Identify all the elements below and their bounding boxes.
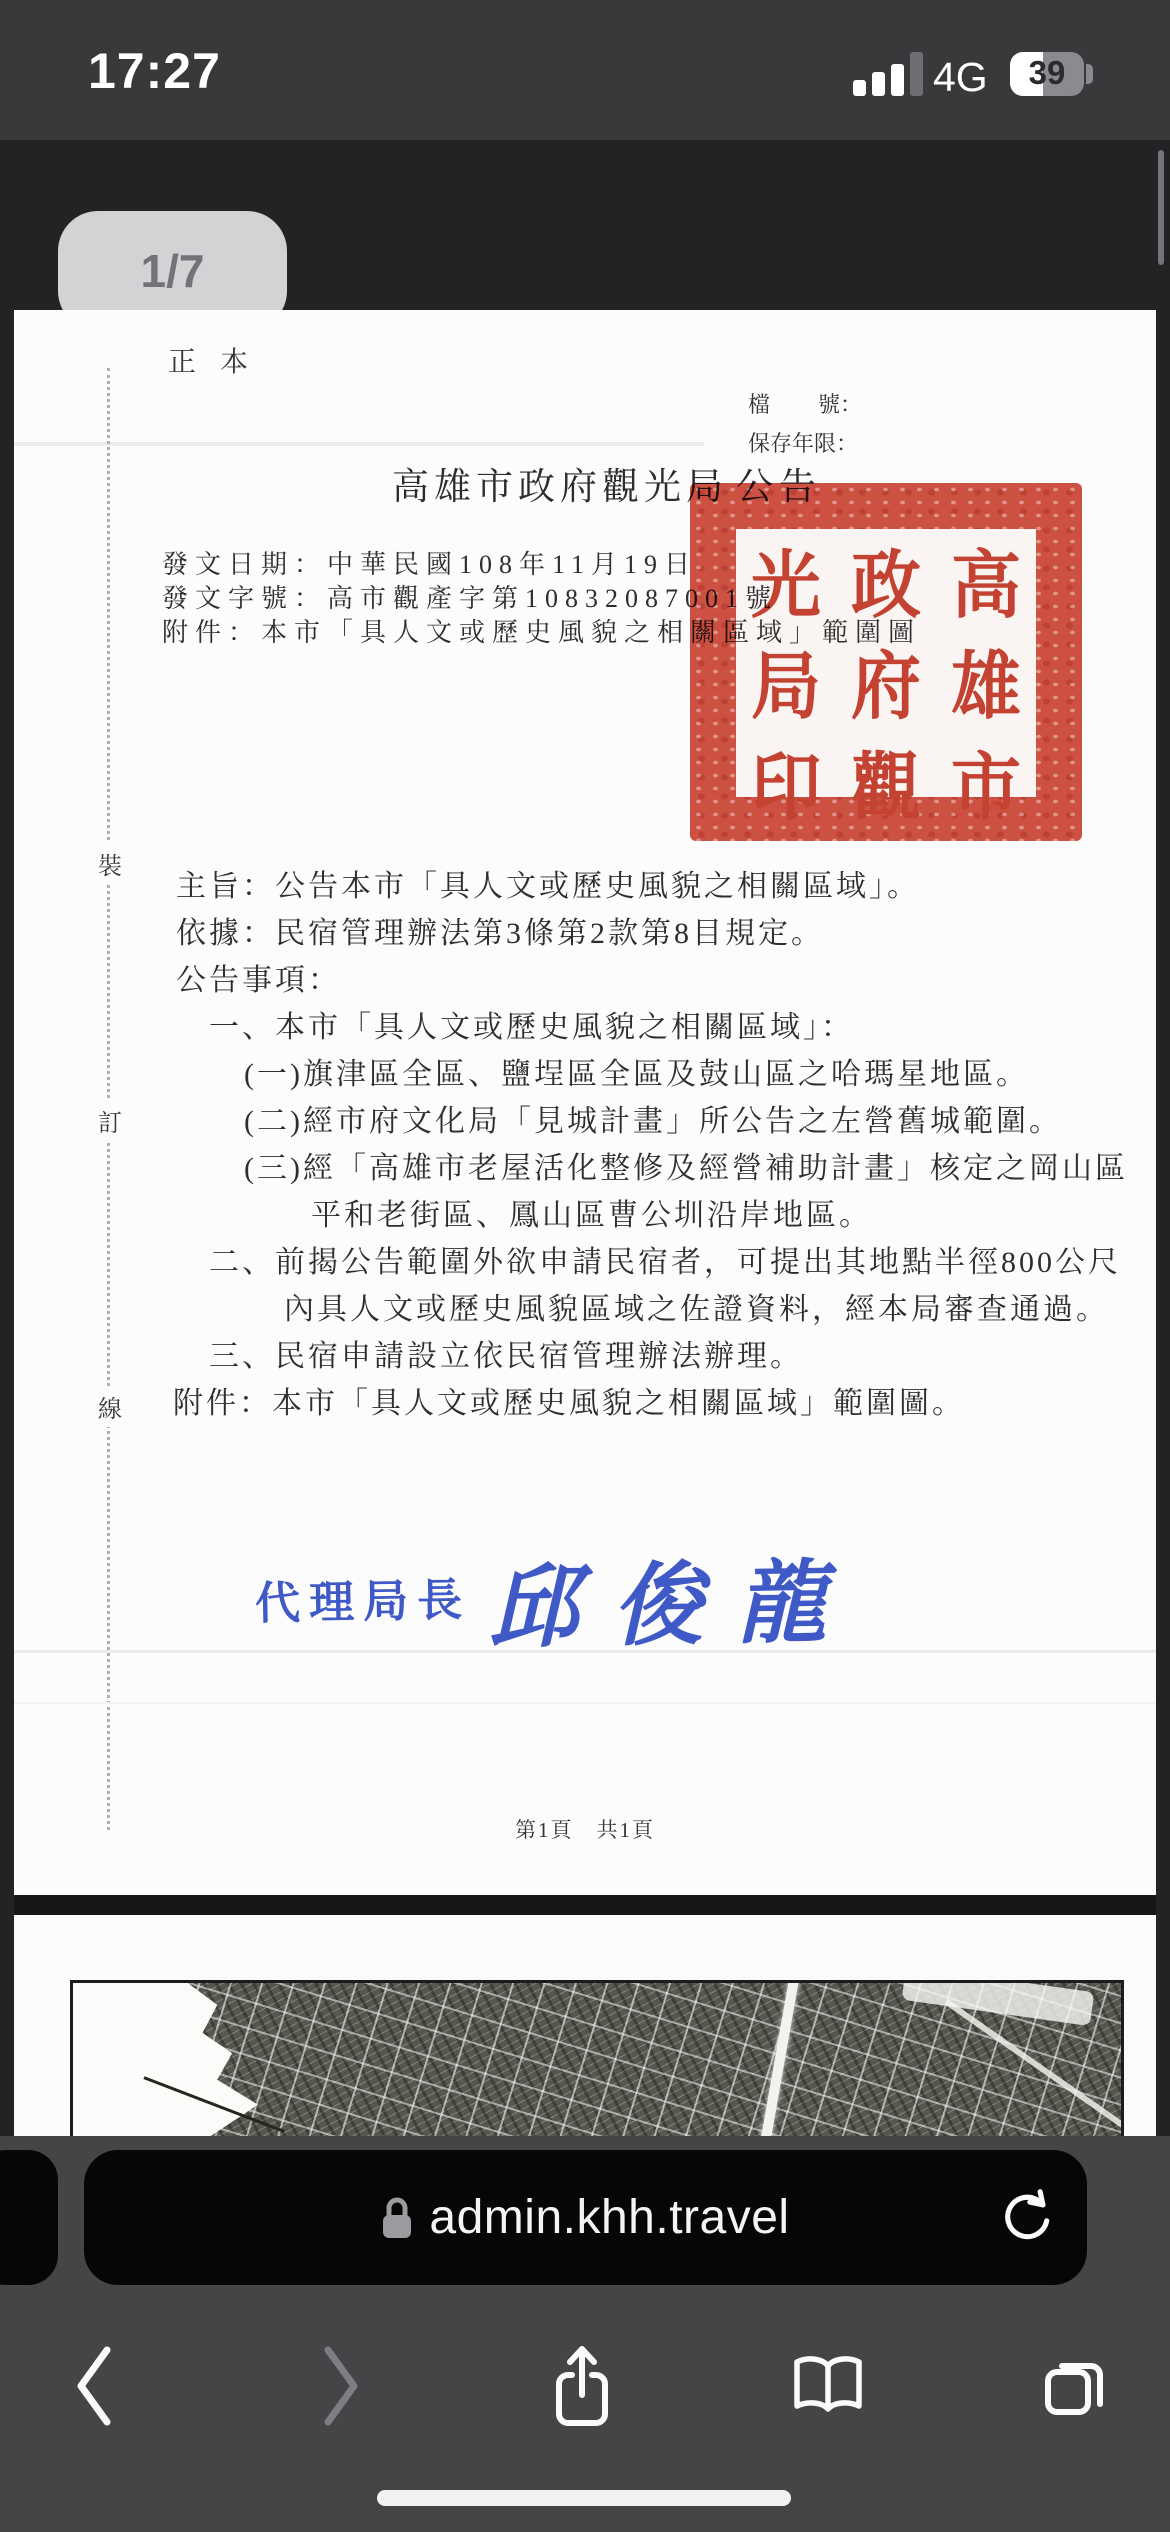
pdf-page-2 (14, 1915, 1156, 2136)
document-line: (一)旗津區全區、鹽埕區全區及鼓山區之哈瑪星地區。 (244, 1049, 1029, 1093)
share-button[interactable] (522, 2328, 642, 2448)
seal-char: 市 (936, 728, 1036, 834)
battery-percent: 39 (1010, 54, 1084, 92)
battery-body: 39 (1010, 52, 1084, 96)
seal-char: 局 (736, 627, 836, 733)
page-number-footer: 第1頁 共1頁 (14, 1814, 1156, 1844)
document-line: (二)經市府文化局「見城計畫」所公告之左營舊城範圍。 (244, 1096, 1062, 1140)
network-type-label: 4G (933, 54, 988, 101)
map-road (755, 1980, 801, 2136)
seal-char: 府 (836, 627, 936, 733)
official-seal: 光 政 高 局 府 雄 印 觀 市 (690, 483, 1082, 841)
battery-icon: 39 (1010, 52, 1096, 96)
attachment-map-image (70, 1980, 1124, 2136)
retention-label: 保存年限： (748, 427, 858, 458)
battery-nub (1086, 64, 1093, 84)
signer-title: 代理局長 (254, 1563, 471, 1632)
lock-icon (381, 2196, 413, 2240)
chevron-left-icon (73, 2344, 117, 2433)
binding-mark: 裝 (98, 843, 122, 884)
safari-toolbar: admin.khh.travel (0, 2136, 1170, 2532)
open-book-icon (789, 2353, 867, 2424)
file-number-char: 檔 (748, 388, 770, 419)
document-line: 一、本市「具人文或歷史風貌之相關區域」： (209, 1002, 854, 1046)
forward-button[interactable] (280, 2328, 400, 2448)
binding-mark: 訂 (98, 1100, 122, 1141)
scan-artifact-line (14, 1702, 1156, 1704)
document-line: 二、前揭公告範圍外欲申請民宿者，可提出其地點半徑800公尺 (209, 1237, 1121, 1281)
seal-char: 光 (736, 526, 836, 632)
seal-char: 觀 (836, 728, 936, 834)
tabs-button[interactable] (1014, 2328, 1134, 2448)
adjacent-tab-pill[interactable] (0, 2150, 58, 2285)
document-line: 主旨：公告本市「具人文或歷史風貌之相關區域」。 (176, 861, 920, 905)
status-time: 17:27 (88, 42, 221, 100)
back-button[interactable] (35, 2328, 155, 2448)
ref-number-line: 發文字號：高市觀產字第10832087001號 (162, 578, 778, 615)
seal-char: 政 (836, 526, 936, 632)
document-line: 依據：民宿管理辦法第3條第2款第8目規定。 (176, 908, 824, 952)
issue-date-line: 發文日期：中華民國108年11月19日 (162, 544, 697, 581)
map-road (945, 2000, 1124, 2136)
document-line: 平和老街區、鳳山區曹公圳沿岸地區。 (311, 1190, 872, 1234)
share-icon (549, 2341, 615, 2436)
document-line: 公告事項： (176, 955, 341, 999)
scrollbar[interactable] (1158, 150, 1164, 265)
scan-artifact-line (14, 442, 704, 446)
file-number-row: 檔 號： (748, 388, 862, 419)
map-water-area (73, 1983, 258, 2136)
document-line: 三、民宿申請設立依民宿管理辦法辦理。 (209, 1331, 803, 1375)
seal-char: 高 (936, 526, 1036, 632)
seal-characters: 光 政 高 局 府 雄 印 觀 市 (736, 529, 1036, 797)
reload-button[interactable] (993, 2184, 1061, 2252)
document-line: (三)經「高雄市老屋活化整修及經營補助計畫」核定之岡山區 (244, 1143, 1128, 1187)
pdf-page-1: 正本 檔 號： 保存年限： 高雄市政府觀光局 公告 發文日期：中華民國108年1… (14, 310, 1156, 1895)
map-bright-patch (902, 1980, 1095, 2026)
bookmarks-button[interactable] (768, 2328, 888, 2448)
seal-char: 雄 (936, 627, 1036, 733)
tabs-overview-icon (1040, 2352, 1108, 2425)
seal-char: 印 (736, 728, 836, 834)
document-title-org: 高雄市政府觀光局 (392, 456, 728, 510)
address-bar[interactable]: admin.khh.travel (84, 2150, 1087, 2285)
url-text: admin.khh.travel (429, 2190, 789, 2245)
signal-strength-icon (853, 50, 925, 101)
scan-artifact-line (14, 1650, 1156, 1653)
document-line: 附件：本市「具人文或歷史風貌之相關區域」範圍圖。 (173, 1378, 965, 1422)
home-indicator[interactable] (377, 2490, 791, 2506)
file-number-colon: 號： (818, 388, 862, 419)
signer-signature: 邱俊龍 (487, 1529, 861, 1665)
status-bar: 17:27 4G 39 (0, 0, 1170, 140)
page-gap (14, 1895, 1156, 1915)
binding-mark: 線 (98, 1386, 122, 1427)
binding-dotted-line (107, 368, 110, 1830)
iphone-screen: 17:27 4G 39 1/7 正本 檔 號： 保存年限： (0, 0, 1170, 2532)
copy-type-label: 正本 (168, 340, 272, 380)
chevron-right-icon (318, 2344, 362, 2433)
document-line: 內具人文或歷史風貌區域之佐證資料，經本局審查通過。 (284, 1284, 1109, 1328)
